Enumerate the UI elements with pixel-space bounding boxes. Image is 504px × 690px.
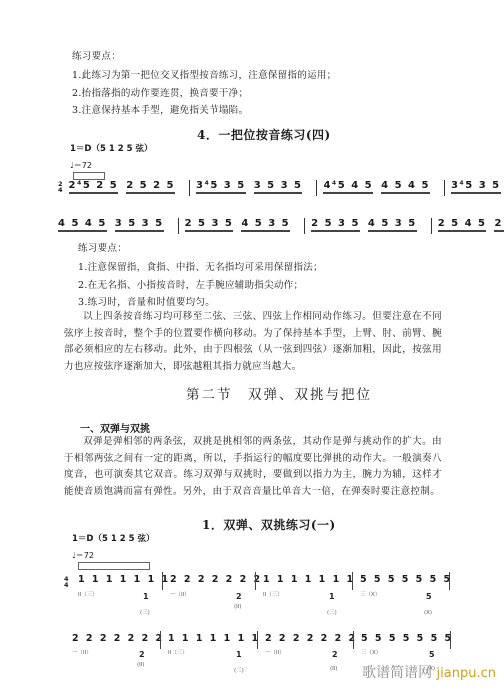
- subsection-title: 一、双弹与双挑: [80, 420, 150, 435]
- measure: 1 1 1 1 1 1 1: [168, 633, 260, 644]
- measure: 2 2 2 2 2 2 2: [72, 633, 164, 644]
- notes1-item-3: 3.注意保持基本手型，避免指关节塌陷。: [72, 104, 248, 117]
- barline: [444, 180, 445, 196]
- exercise1-title: 1．双弹、双挑练习(一): [202, 516, 336, 533]
- notes1-heading: 练习要点：: [72, 50, 121, 63]
- exercise4-key: 1＝D（5 1 2 5 弦）: [70, 142, 152, 154]
- barline: [255, 572, 256, 590]
- exercise4-tempo: ♩＝72: [70, 160, 92, 171]
- exercise1-tempo: ♩＝72: [72, 550, 94, 561]
- measure: 2 5 4 52 5 4 5: [438, 218, 504, 232]
- measure: 1 1 1 1 1 1 1: [263, 574, 355, 585]
- notes1-item-1: 1.此练习为第一把位交叉指型按音练习，注意保留指的运用；: [72, 69, 336, 82]
- barline: [178, 218, 179, 234]
- barline: [316, 180, 317, 196]
- notes2-item-1: 1.注意保留指，食指、中指、无名指均可采用保留指法；: [78, 261, 323, 274]
- paragraph-1: 以上四条按音练习均可移至二弦、三弦、四弦上作相同动作练习。但要注意在不同弦序上按…: [64, 309, 442, 375]
- watermark: 歌谱简谱网 jianpu.cn: [362, 662, 496, 682]
- notes2-heading: 练习要点：: [78, 242, 127, 255]
- time-signature: 24: [58, 181, 63, 193]
- barline: [352, 572, 353, 590]
- notes2-item-2: 2.在无名指、小指按音时，左手腕应辅助指尖动作；: [78, 279, 303, 292]
- notes1-item-2: 2.抬指落指的动作要连贯，换音要干净；: [72, 87, 248, 100]
- measure: 3⁴5 3 53 5 3 5: [196, 180, 310, 194]
- measure: 2 2 2 2 2 2 2: [265, 633, 357, 644]
- barline: [450, 631, 451, 649]
- measure: 4⁴5 4 54 5 4 5: [323, 180, 437, 194]
- exercise1-key: 1＝D（5 1 2 5 弦）: [72, 532, 154, 544]
- barline: [353, 631, 354, 649]
- measure: 1 1 1 1 1 1 1: [78, 574, 170, 585]
- exercise4-line2: 4 5 4 53 5 3 5 2 5 3 54 5 3 5 2 5 3 54 5…: [58, 218, 504, 234]
- barline: [257, 631, 258, 649]
- barline: [189, 180, 190, 196]
- measure: 2⁴5 2 52 5 2 5: [69, 180, 183, 194]
- barline: [162, 572, 163, 590]
- measure: 2 2 2 2 2 2 2: [170, 574, 262, 585]
- exercise4-line1: 24 2⁴5 2 52 5 2 5 3⁴5 3 53 5 3 5 4⁴5 4 5…: [58, 180, 504, 196]
- measure: 3⁴5 3 53 5 3 5: [451, 180, 504, 194]
- barline: [160, 631, 161, 649]
- measure: 5 5 5 5 5 5 5: [361, 633, 453, 644]
- notes2-item-3: 3.练习时，音量和时值要均匀。: [78, 296, 215, 309]
- subsection-paragraph: 双弹是弹相邻的两条弦，双挑是挑相邻的两条弦，其动作是弹与挑动作的扩大。由于相邻两…: [64, 434, 442, 500]
- section-title: 第二节 双弹、双挑与把位: [186, 383, 372, 403]
- measure: 2 5 3 54 5 3 5: [185, 218, 299, 232]
- exercise4-title: 4．一把位按音练习(四): [197, 126, 331, 143]
- barline: [431, 218, 432, 234]
- bowing-marks: [78, 562, 150, 570]
- barline: [304, 218, 305, 234]
- measure: 5 5 5 5 5 5 5: [360, 574, 452, 585]
- bowing-marks: [73, 172, 105, 180]
- time-signature: 44: [64, 576, 69, 588]
- measure: 4 5 4 53 5 3 5: [58, 218, 172, 232]
- measure: 2 5 3 54 5 3 5: [311, 218, 425, 232]
- barline: [449, 572, 450, 590]
